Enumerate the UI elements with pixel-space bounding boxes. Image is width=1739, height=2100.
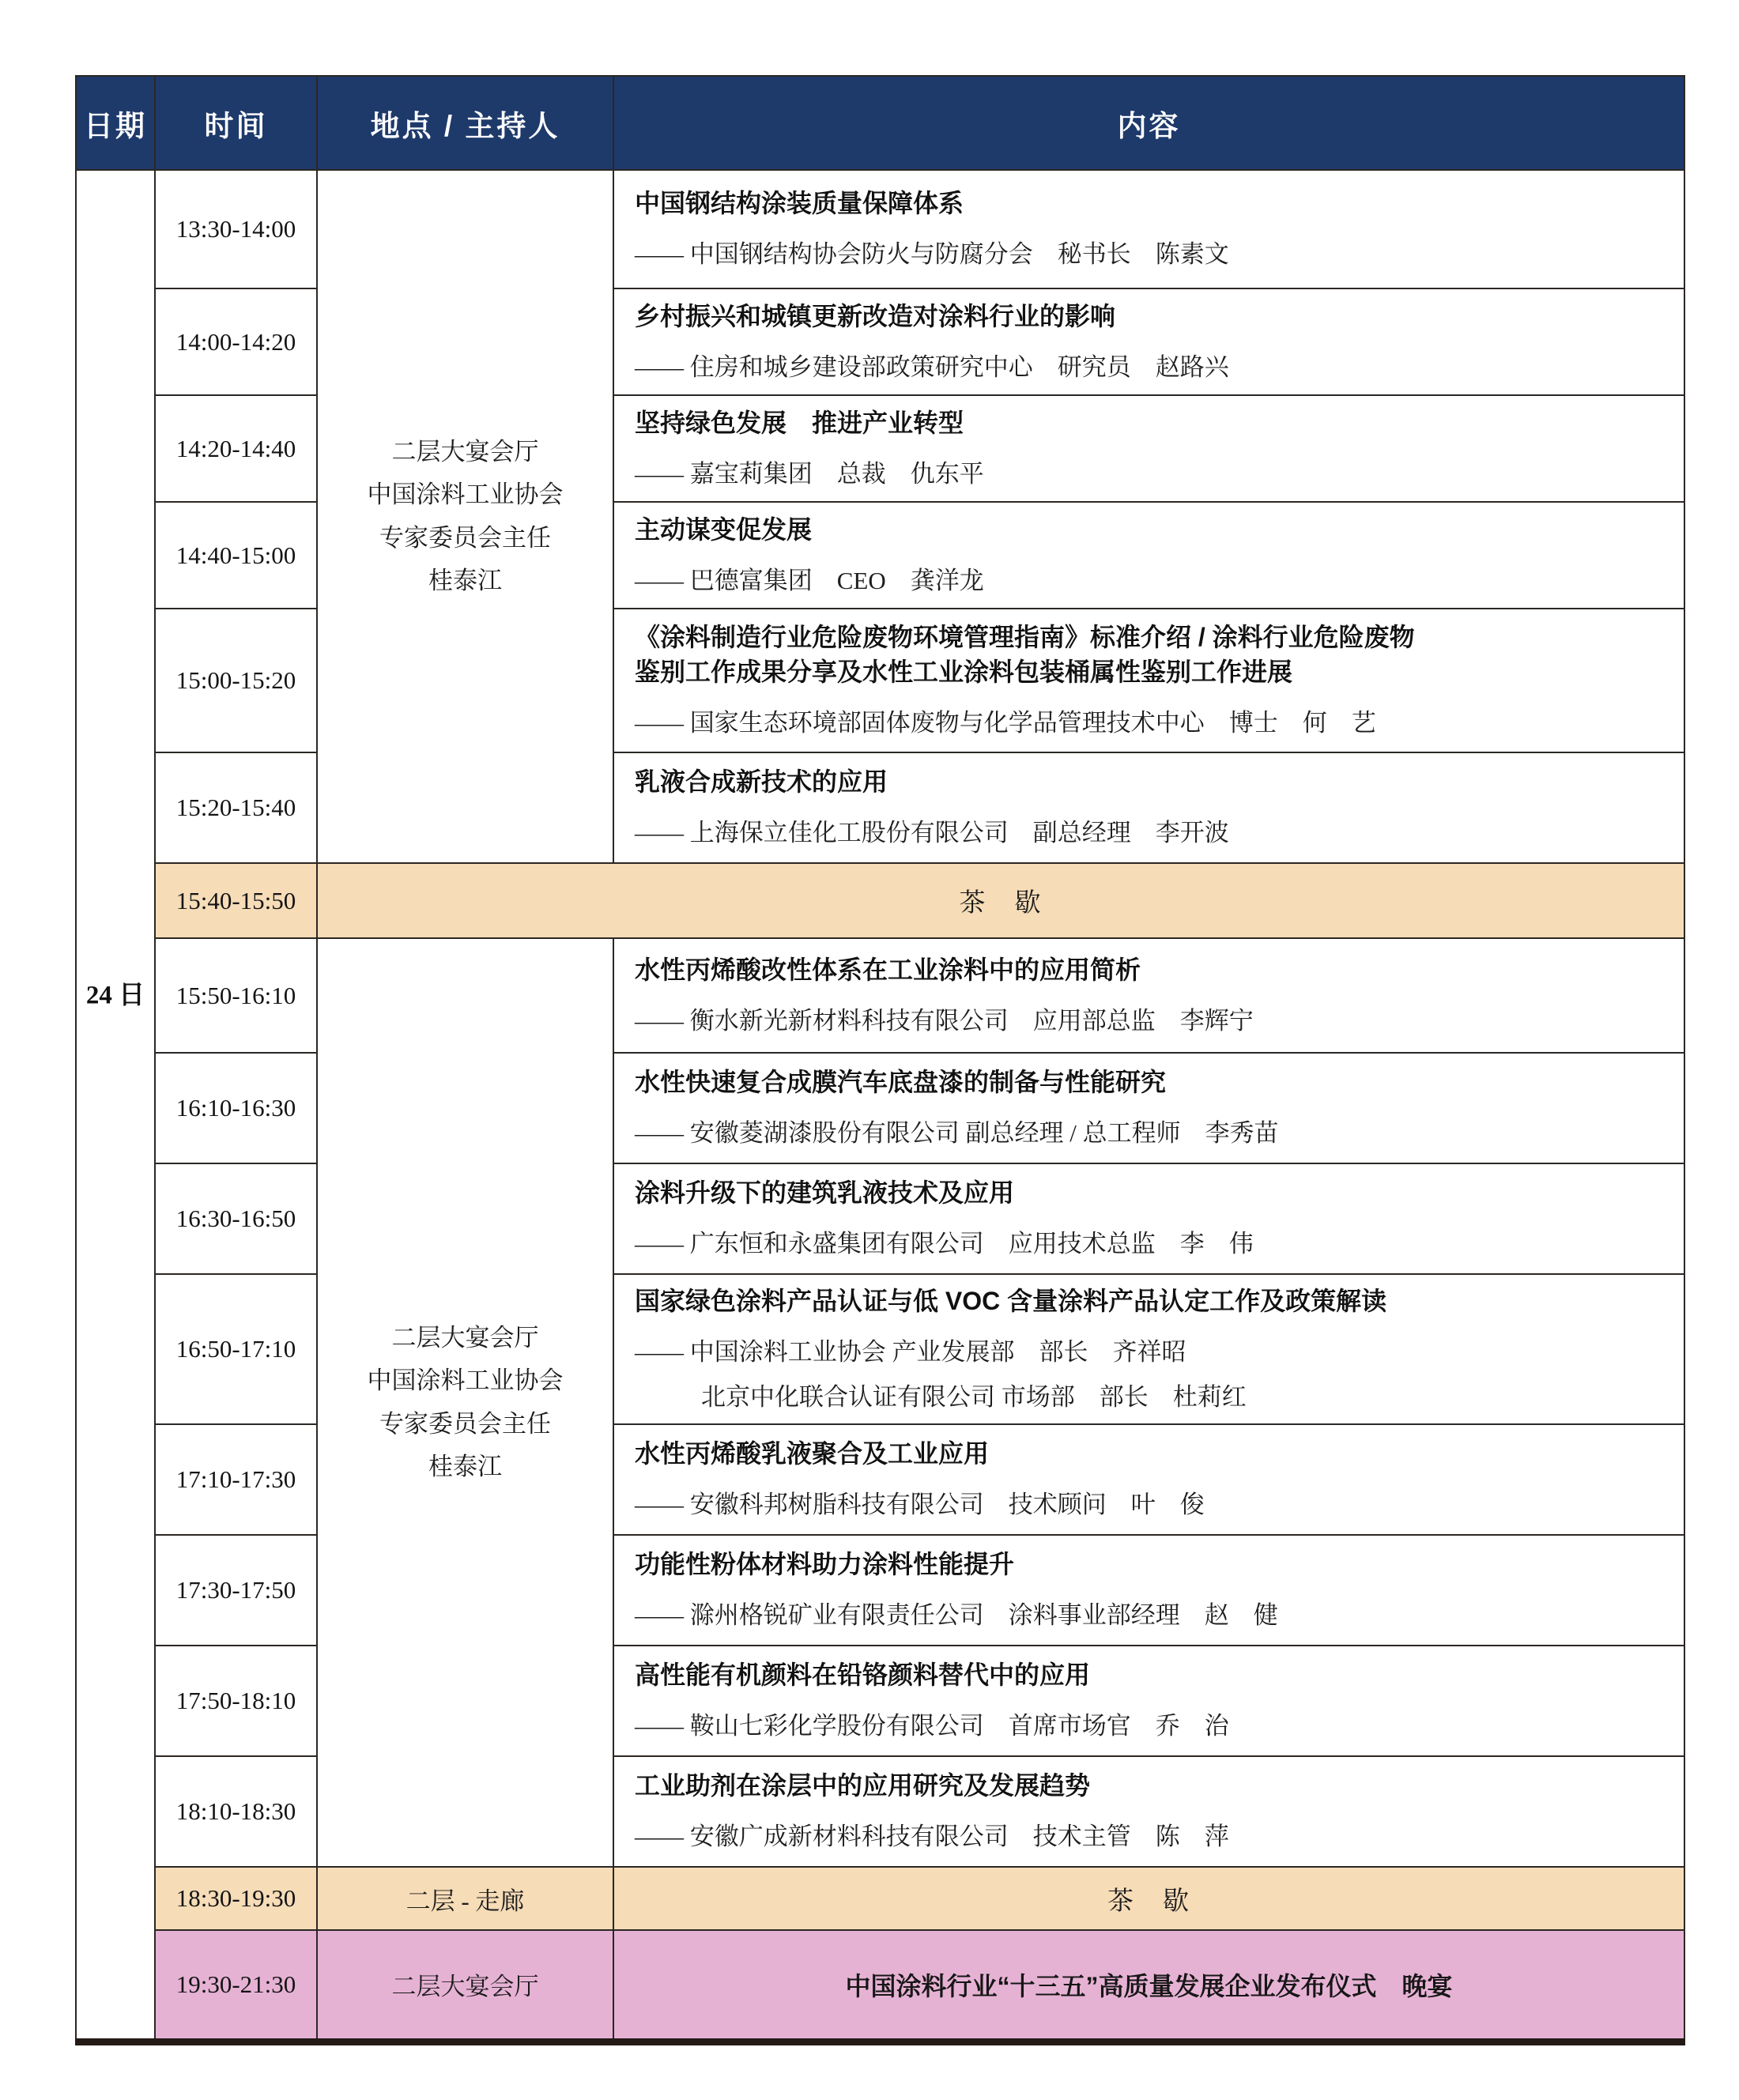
time-cell: 16:30-16:50 — [155, 1163, 317, 1274]
session-title: 国家绿色涂料产品认证与低 VOC 含量涂料产品认定工作及政策解读 — [635, 1284, 1668, 1318]
session-speaker: —— 安徽菱湖漆股份有限公司 副总经理 / 总工程师 李秀苗 — [635, 1117, 1668, 1151]
col-header-content: 内容 — [613, 76, 1684, 170]
session-title: 乳液合成新技术的应用 — [635, 765, 1668, 799]
time-cell: 17:30-17:50 — [155, 1535, 317, 1646]
time-cell: 17:10-17:30 — [155, 1424, 317, 1535]
host-cell: 二层大宴会厅 中国涂料工业协会 专家委员会主任 桂泰江 — [317, 938, 613, 1867]
banquet-location: 二层大宴会厅 — [317, 1930, 613, 2042]
table-row: 15:50-16:10 二层大宴会厅 中国涂料工业协会 专家委员会主任 桂泰江 … — [76, 938, 1684, 1053]
tea-break-row: 15:40-15:50 茶 歇 — [76, 863, 1684, 938]
session-speaker: —— 中国涂料工业协会 产业发展部 部长 齐祥昭 — [635, 1336, 1668, 1370]
session-cell: 坚持绿色发展 推进产业转型 —— 嘉宝莉集团 总裁 仇东平 — [613, 395, 1684, 502]
session-speaker: —— 国家生态环境部固体废物与化学品管理技术中心 博士 何 艺 — [635, 707, 1668, 741]
session-cell: 水性快速复合成膜汽车底盘漆的制备与性能研究 —— 安徽菱湖漆股份有限公司 副总经… — [613, 1053, 1684, 1163]
session-speaker: —— 安徽广成新材料科技有限公司 技术主管 陈 萍 — [635, 1820, 1668, 1854]
time-cell: 17:50-18:10 — [155, 1646, 317, 1756]
session-speaker: —— 上海保立佳化工股份有限公司 副总经理 李开波 — [635, 816, 1668, 850]
session-speaker: —— 安徽科邦树脂科技有限公司 技术顾问 叶 俊 — [635, 1488, 1668, 1522]
host-line: 桂泰江 — [318, 560, 613, 602]
time-cell: 15:40-15:50 — [155, 863, 317, 938]
session-title: 涂料升级下的建筑乳液技术及应用 — [635, 1176, 1668, 1210]
session-cell: 乳液合成新技术的应用 —— 上海保立佳化工股份有限公司 副总经理 李开波 — [613, 752, 1684, 863]
tea-break-cell: 茶 歇 — [613, 1867, 1684, 1930]
session-speaker: 北京中化联合认证有限公司 市场部 部长 杜莉红 — [635, 1381, 1668, 1415]
host-line: 中国涂料工业协会 — [318, 1359, 613, 1402]
session-title: 乡村振兴和城镇更新改造对涂料行业的影响 — [635, 300, 1668, 334]
host-line: 专家委员会主任 — [318, 1403, 613, 1446]
session-title: 坚持绿色发展 推进产业转型 — [635, 406, 1668, 440]
host-line: 二层大宴会厅 — [318, 431, 613, 473]
session-speaker: —— 滁州格锐矿业有限责任公司 涂料事业部经理 赵 健 — [635, 1599, 1668, 1633]
session-title: 水性丙烯酸乳液聚合及工业应用 — [635, 1437, 1668, 1471]
date-label: 24 日 — [86, 974, 145, 1011]
time-cell: 14:00-14:20 — [155, 288, 317, 395]
session-title: 工业助剂在涂层中的应用研究及发展趋势 — [635, 1769, 1668, 1803]
session-cell: 主动谋变促发展 —— 巴德富集团 CEO 龚洋龙 — [613, 502, 1684, 609]
time-cell: 18:10-18:30 — [155, 1756, 317, 1867]
session-title: 水性丙烯酸改性体系在工业涂料中的应用简析 — [635, 953, 1668, 987]
host-line: 桂泰江 — [318, 1446, 613, 1488]
tea-break-cell: 茶 歇 — [317, 863, 1684, 938]
session-cell: 涂料升级下的建筑乳液技术及应用 —— 广东恒和永盛集团有限公司 应用技术总监 李… — [613, 1163, 1684, 1274]
session-cell: 水性丙烯酸乳液聚合及工业应用 —— 安徽科邦树脂科技有限公司 技术顾问 叶 俊 — [613, 1424, 1684, 1535]
time-cell: 14:20-14:40 — [155, 395, 317, 502]
col-header-time: 时间 — [155, 76, 317, 170]
session-cell: 功能性粉体材料助力涂料性能提升 —— 滁州格锐矿业有限责任公司 涂料事业部经理 … — [613, 1535, 1684, 1646]
header-row: 日期 时间 地点 / 主持人 内容 — [76, 76, 1684, 170]
time-cell: 16:10-16:30 — [155, 1053, 317, 1163]
time-cell: 19:30-21:30 — [155, 1930, 317, 2042]
col-header-date: 日期 — [76, 76, 155, 170]
schedule-page: 日期 时间 地点 / 主持人 内容 24 日 13:30-14:00 二层大宴会… — [0, 0, 1739, 2100]
session-cell: 乡村振兴和城镇更新改造对涂料行业的影响 —— 住房和城乡建设部政策研究中心 研究… — [613, 288, 1684, 395]
session-cell: 高性能有机颜料在铅铬颜料替代中的应用 —— 鞍山七彩化学股份有限公司 首席市场官… — [613, 1646, 1684, 1756]
date-cell: 24 日 — [76, 170, 155, 2042]
time-cell: 14:40-15:00 — [155, 502, 317, 609]
session-speaker: —— 广东恒和永盛集团有限公司 应用技术总监 李 伟 — [635, 1227, 1668, 1261]
session-cell: 工业助剂在涂层中的应用研究及发展趋势 —— 安徽广成新材料科技有限公司 技术主管… — [613, 1756, 1684, 1867]
session-speaker: —— 鞍山七彩化学股份有限公司 首席市场官 乔 治 — [635, 1710, 1668, 1744]
host-line: 专家委员会主任 — [318, 517, 613, 560]
session-speaker: —— 中国钢结构协会防火与防腐分会 秘书长 陈素文 — [635, 238, 1668, 272]
session-speaker: —— 嘉宝莉集团 总裁 仇东平 — [635, 458, 1668, 492]
session-cell: 中国钢结构涂装质量保障体系 —— 中国钢结构协会防火与防腐分会 秘书长 陈素文 — [613, 170, 1684, 288]
session-cell: 国家绿色涂料产品认证与低 VOC 含量涂料产品认定工作及政策解读 —— 中国涂料… — [613, 1274, 1684, 1424]
tea-break-row: 18:30-19:30 二层 - 走廊 茶 歇 — [76, 1867, 1684, 1930]
time-cell: 16:50-17:10 — [155, 1274, 317, 1424]
session-cell: 《涂料制造行业危险废物环境管理指南》标准介绍 / 涂料行业危险废物 鉴别工作成果… — [613, 609, 1684, 752]
schedule-table: 日期 时间 地点 / 主持人 内容 24 日 13:30-14:00 二层大宴会… — [75, 75, 1685, 2045]
session-cell: 水性丙烯酸改性体系在工业涂料中的应用简析 —— 衡水新光新材料科技有限公司 应用… — [613, 938, 1684, 1053]
session-title: 《涂料制造行业危险废物环境管理指南》标准介绍 / 涂料行业危险废物 鉴别工作成果… — [635, 620, 1668, 688]
time-cell: 15:20-15:40 — [155, 752, 317, 863]
session-title: 主动谋变促发展 — [635, 513, 1668, 547]
session-title: 功能性粉体材料助力涂料性能提升 — [635, 1548, 1668, 1582]
banquet-cell: 中国涂料行业“十三五”高质量发展企业发布仪式 晚宴 — [613, 1930, 1684, 2042]
banquet-row: 19:30-21:30 二层大宴会厅 中国涂料行业“十三五”高质量发展企业发布仪… — [76, 1930, 1684, 2042]
session-speaker: —— 住房和城乡建设部政策研究中心 研究员 赵路兴 — [635, 351, 1668, 385]
time-cell: 15:50-16:10 — [155, 938, 317, 1053]
time-cell: 18:30-19:30 — [155, 1867, 317, 1930]
host-line: 中国涂料工业协会 — [318, 473, 613, 516]
session-speaker: —— 巴德富集团 CEO 龚洋龙 — [635, 564, 1668, 598]
session-title: 中国钢结构涂装质量保障体系 — [635, 187, 1668, 221]
host-cell: 二层大宴会厅 中国涂料工业协会 专家委员会主任 桂泰江 — [317, 170, 613, 863]
time-cell: 13:30-14:00 — [155, 170, 317, 288]
table-row: 24 日 13:30-14:00 二层大宴会厅 中国涂料工业协会 专家委员会主任… — [76, 170, 1684, 288]
tea-break-location: 二层 - 走廊 — [317, 1867, 613, 1930]
time-cell: 15:00-15:20 — [155, 609, 317, 752]
session-speaker: —— 衡水新光新材料科技有限公司 应用部总监 李辉宁 — [635, 1005, 1668, 1039]
host-line: 二层大宴会厅 — [318, 1317, 613, 1359]
session-title: 水性快速复合成膜汽车底盘漆的制备与性能研究 — [635, 1065, 1668, 1099]
session-title: 高性能有机颜料在铅铬颜料替代中的应用 — [635, 1658, 1668, 1692]
col-header-location: 地点 / 主持人 — [317, 76, 613, 170]
